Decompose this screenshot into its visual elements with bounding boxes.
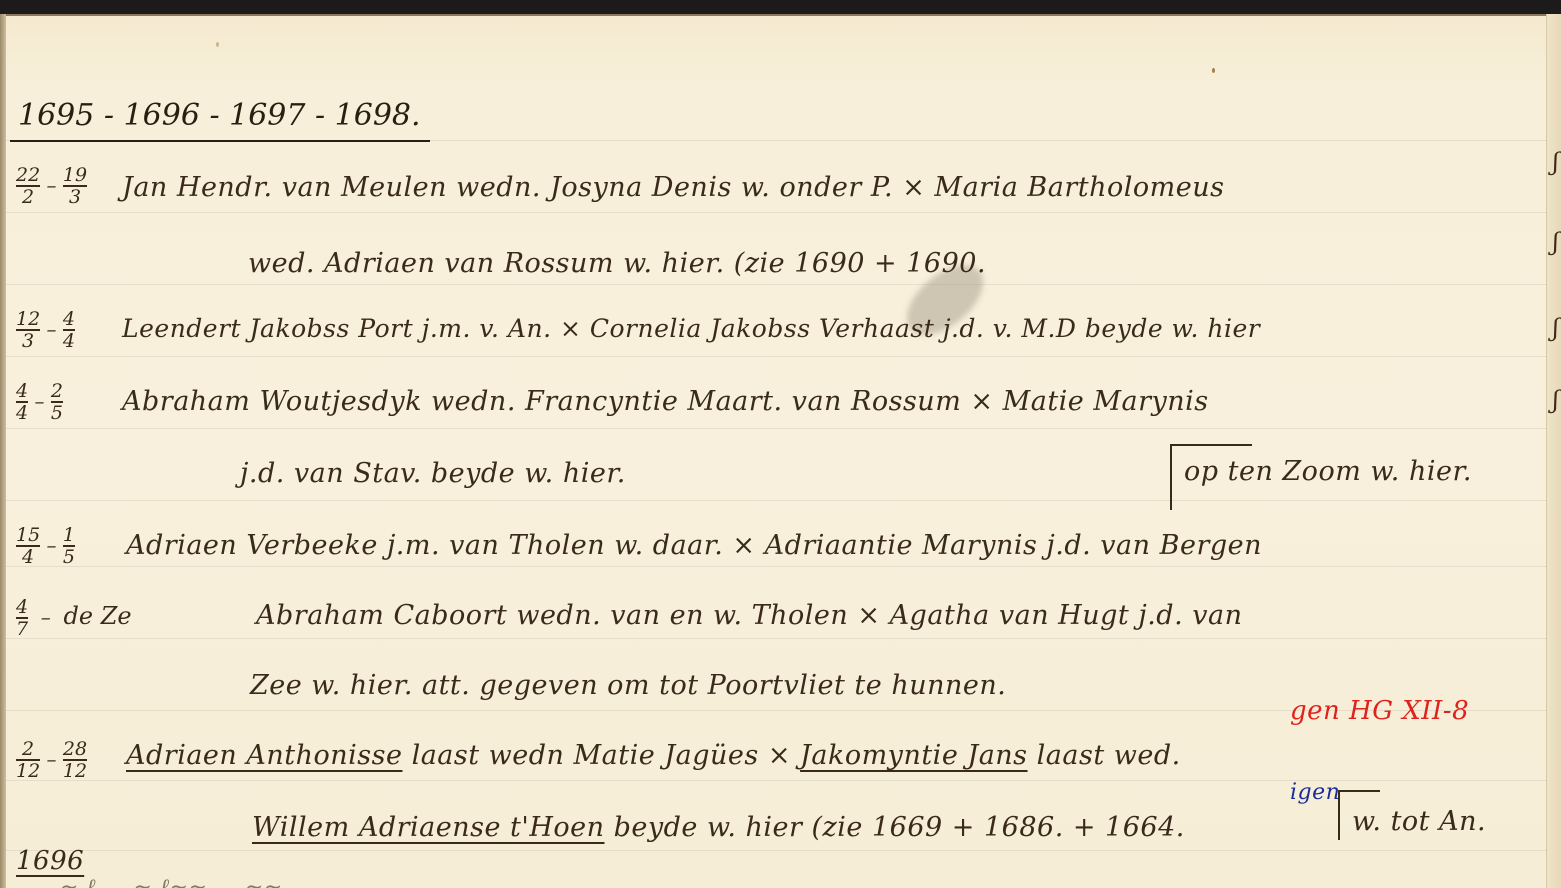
groom-name: Adriaen Anthonisse: [126, 740, 402, 771]
ruled-line: [6, 638, 1547, 639]
entry-line: Adriaen Verbeeke j.m. van Tholen w. daar…: [126, 530, 1262, 561]
entry-line: Willem Adriaense t'Hoen beyde w. hier (z…: [252, 812, 1185, 843]
page-binding-edge: [0, 14, 6, 888]
entry-date: 212 – 2812: [16, 740, 87, 781]
entry-line: Zee w. hier. att. gegeven om tot Poortvl…: [250, 670, 1006, 701]
edge-mark: ʃ: [1552, 314, 1559, 342]
ruled-line: [6, 356, 1547, 357]
ruled-line: [6, 500, 1547, 501]
witness-name: Willem Adriaense t'Hoen: [252, 812, 605, 843]
entry-date: 123 – 44: [16, 310, 75, 351]
ruled-line: [6, 284, 1547, 285]
section-year: 1696: [16, 846, 84, 876]
year-range-heading: 1695 - 1696 - 1697 - 1698.: [18, 98, 421, 133]
ruled-line: [6, 428, 1547, 429]
page-right-edge: [1546, 14, 1561, 888]
entry-line: wed. Adriaen van Rossum w. hier. (zie 16…: [248, 248, 986, 279]
ruled-line: [6, 850, 1547, 851]
partial-handwriting: ∼ ℓ ... ∼ ℓ∼∼ ... ∼∼: [60, 874, 283, 888]
ruled-line: [6, 212, 1547, 213]
edge-mark: ʃ: [1552, 386, 1559, 414]
entry-line: Adriaen Anthonisse laast wedn Matie Jagü…: [126, 740, 1181, 771]
red-annotation: gen HG XII-8: [1290, 696, 1469, 726]
margin-note: w. tot An.: [1352, 806, 1486, 837]
paper-fleck: [216, 42, 219, 47]
margin-note: op ten Zoom w. hier.: [1184, 456, 1472, 487]
entry-line: Leendert Jakobss Port j.m. v. An. × Corn…: [122, 314, 1260, 343]
edge-mark: ʃ: [1552, 228, 1559, 256]
edge-mark: ʃ: [1552, 148, 1559, 176]
bride-name: Jakomyntie Jans: [800, 740, 1028, 771]
entry-date: 44 – 25: [16, 382, 63, 423]
entry-date: 154 – 15: [16, 526, 75, 567]
entry-line: Abraham Caboort wedn. van en w. Tholen ×…: [256, 600, 1242, 631]
entry-line: Abraham Woutjesdyk wedn. Francyntie Maar…: [122, 386, 1209, 417]
ruled-line: [6, 566, 1547, 567]
entry-date: 47 – de Ze: [16, 598, 132, 639]
paper-fleck: [1212, 68, 1215, 73]
entry-date: 222 – 193: [16, 166, 87, 207]
blue-annotation: igen: [1290, 780, 1340, 805]
entry-line: Jan Hendr. van Meulen wedn. Josyna Denis…: [122, 172, 1224, 203]
heading-underline: [10, 140, 430, 142]
entry-line: j.d. van Stav. beyde w. hier.: [240, 458, 626, 489]
